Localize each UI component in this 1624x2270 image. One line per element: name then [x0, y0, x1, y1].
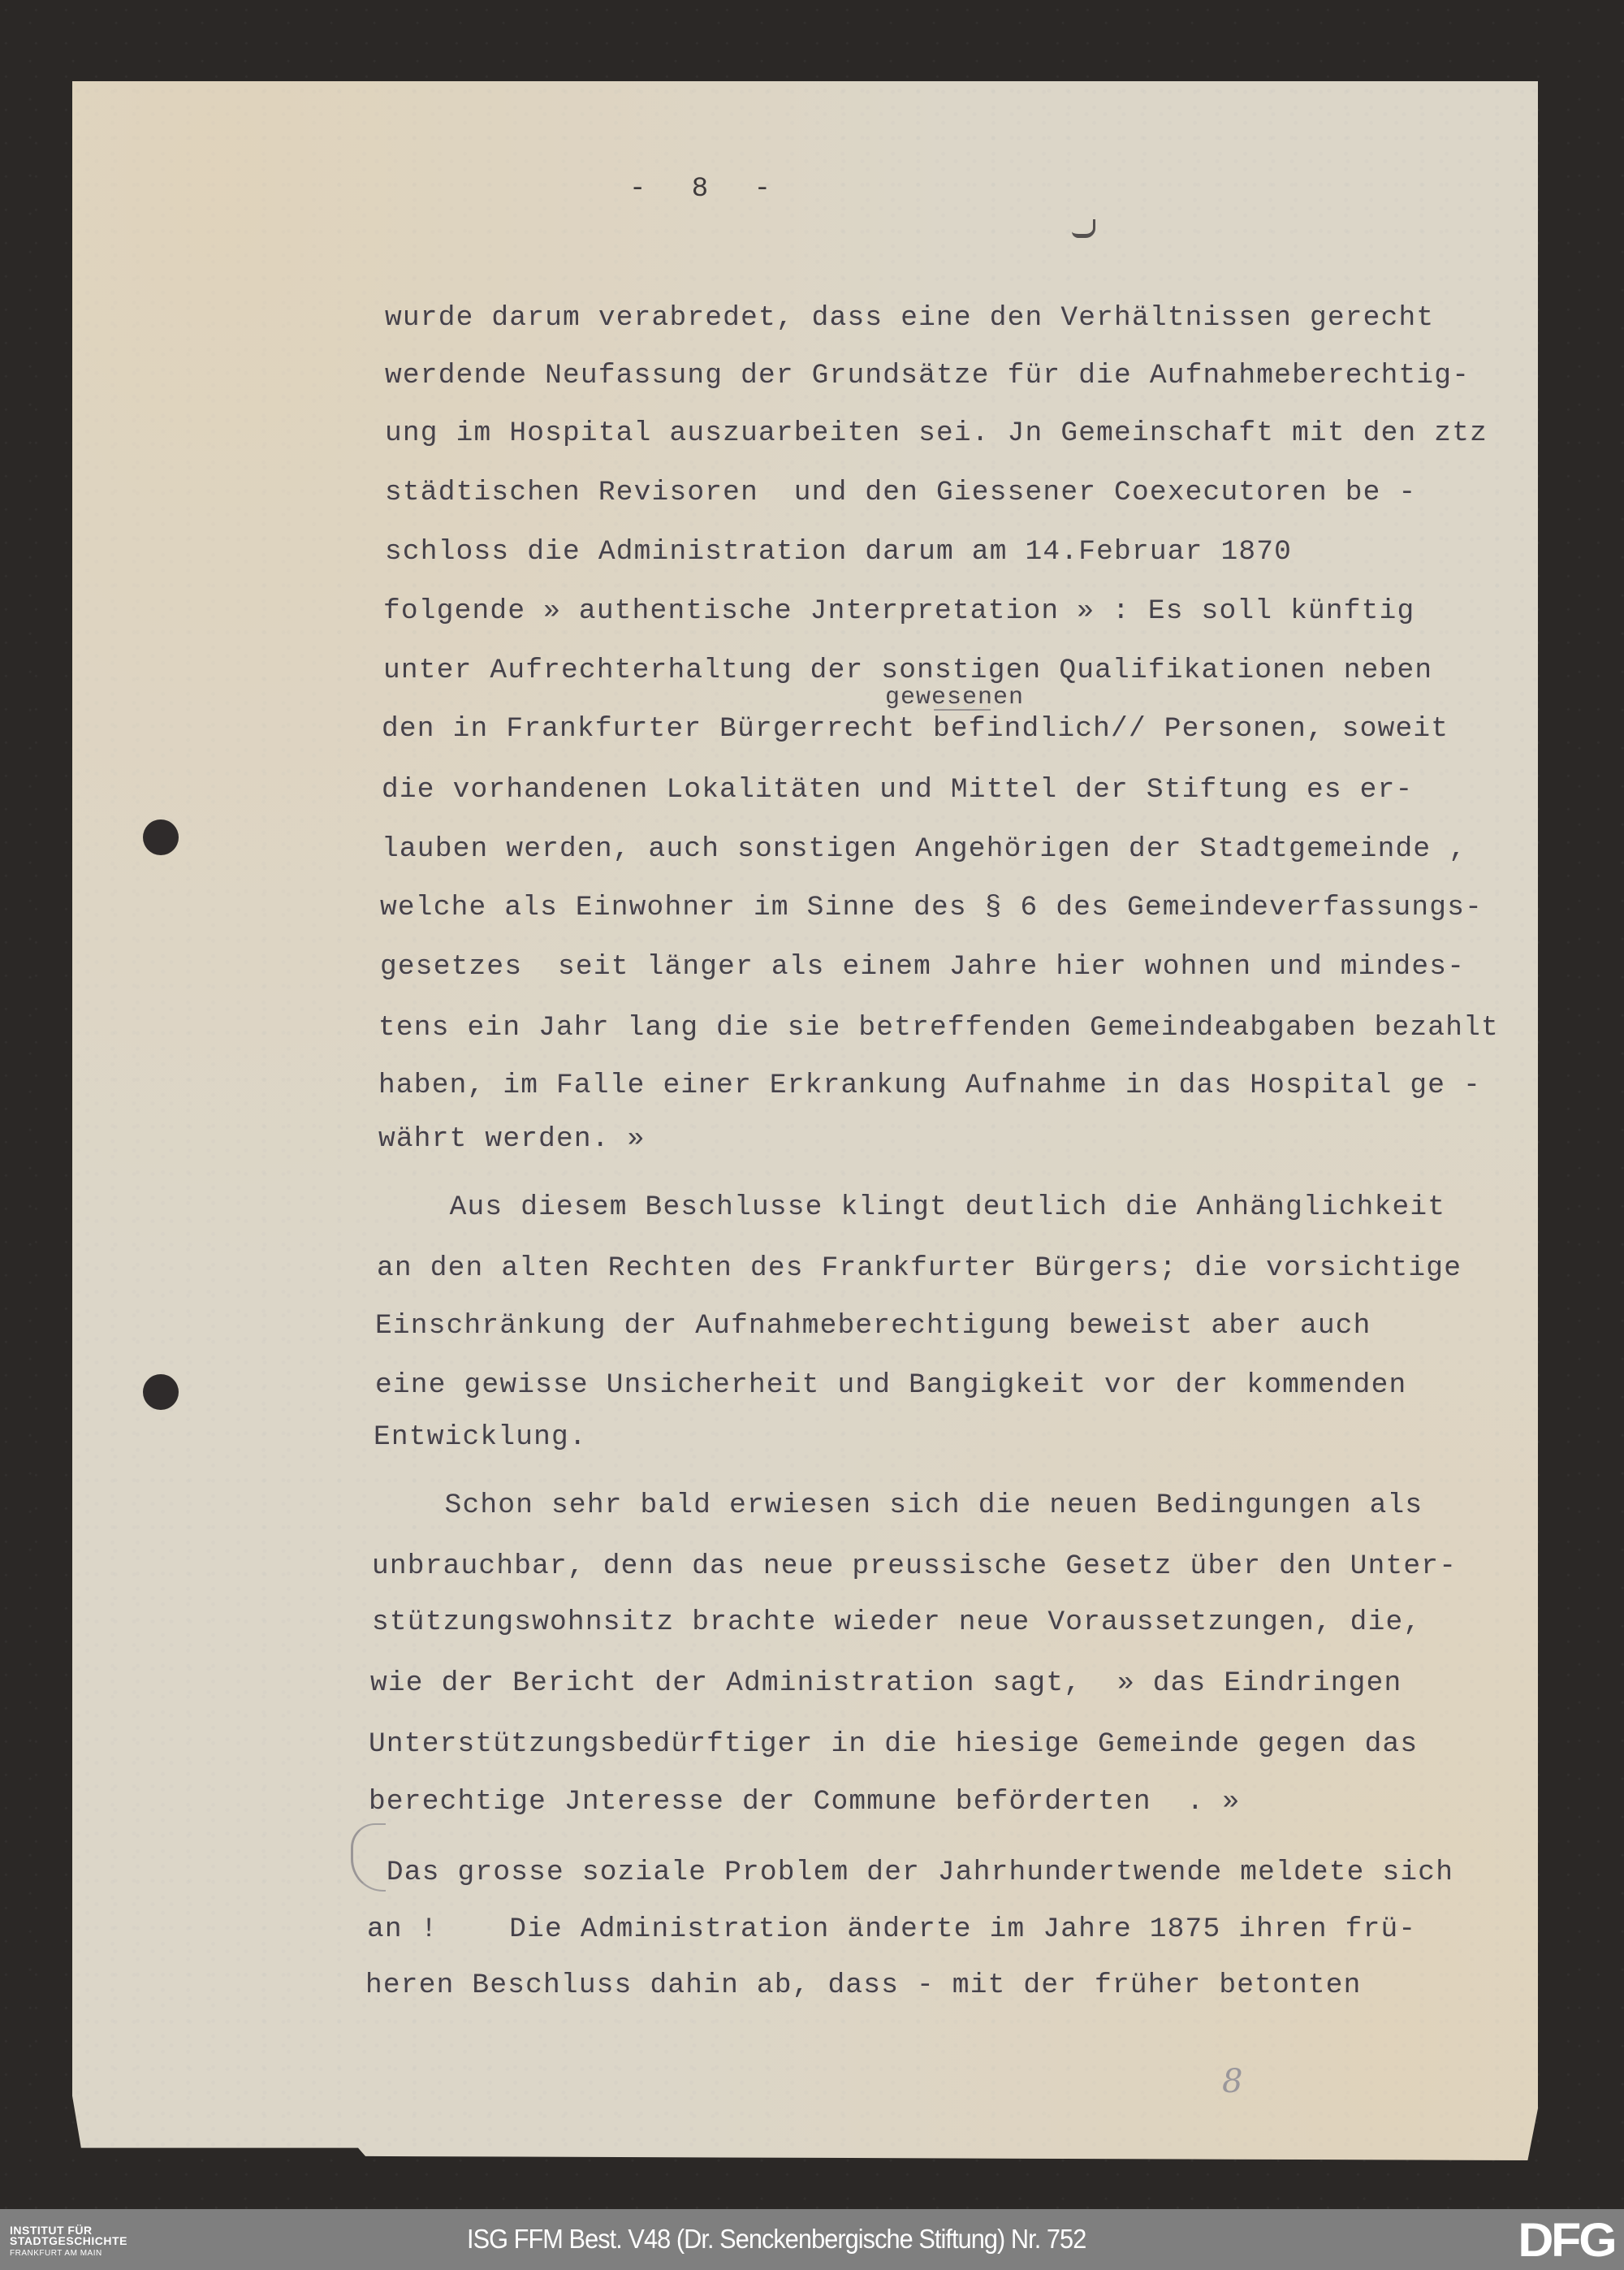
text-line: an den alten Rechten des Frankfurter Bür… — [377, 1252, 1462, 1285]
institute-location: FRANKFURT AM MAIN — [10, 2248, 127, 2259]
text-line: die vorhandenen Lokalitäten und Mittel d… — [382, 774, 1413, 806]
text-line: Aus diesem Beschlusse klingt deutlich di… — [378, 1191, 1445, 1224]
text-line: Das grosse soziale Problem der Jahrhunde… — [369, 1857, 1453, 1889]
text-line: eine gewisse Unsicherheit und Bangigkeit… — [375, 1369, 1406, 1402]
institute-name-line2: STADTGESCHICHTE — [10, 2236, 127, 2246]
text-line: heren Beschluss dahin ab, dass - mit der… — [365, 1969, 1362, 2002]
text-line: gesetzes seit länger als einem Jahre hie… — [380, 951, 1465, 984]
archive-footer-bar: INSTITUT FÜR STADTGESCHICHTE FRANKFURT A… — [0, 2209, 1624, 2270]
text-line: haben, im Falle einer Erkrankung Aufnahm… — [378, 1070, 1481, 1102]
text-line: währt werden. » — [378, 1123, 646, 1156]
text-line: Entwicklung. — [374, 1421, 587, 1454]
ink-mark — [1072, 219, 1095, 238]
text-line: unbrauchbar, denn das neue preussische G… — [372, 1550, 1457, 1583]
insertion-underline — [934, 709, 991, 711]
text-line: unter Aufrechterhaltung der sonstigen Qu… — [383, 655, 1432, 687]
text-line: tens ein Jahr lang die sie betreffenden … — [378, 1012, 1499, 1044]
text-line: an ! Die Administration änderte im Jahre… — [367, 1913, 1416, 1946]
text-line: den in Frankfurter Bürgerrecht befindlic… — [382, 713, 1449, 746]
text-line: Unterstützungsbedürftiger in die hiesige… — [369, 1728, 1418, 1761]
text-line: städtischen Revisoren und den Giessener … — [385, 477, 1416, 509]
text-line: wurde darum verabredet, dass eine den Ve… — [385, 302, 1434, 335]
text-line: welche als Einwohner im Sinne des § 6 de… — [380, 892, 1483, 924]
text-line: Einschränkung der Aufnahmeberechtigung b… — [375, 1310, 1371, 1343]
institute-logo: INSTITUT FÜR STADTGESCHICHTE FRANKFURT A… — [10, 2225, 127, 2259]
interlinear-insertion: gewesenen — [885, 684, 1024, 711]
text-line: lauben werden, auch sonstigen Angehörige… — [382, 833, 1466, 866]
text-line: stützungswohnsitz brachte wieder neue Vo… — [372, 1606, 1421, 1639]
page-number: - 8 - — [629, 174, 785, 205]
archive-reference-title: ISG FFM Best. V48 (Dr. Senckenbergische … — [467, 2224, 1086, 2255]
text-line: schloss die Administration darum am 14.F… — [385, 536, 1292, 569]
text-line: werdende Neufassung der Grundsätze für d… — [385, 360, 1470, 392]
punch-hole-bottom — [143, 1374, 179, 1410]
punch-hole-top — [143, 819, 179, 855]
text-line: Schon sehr bald erwiesen sich die neuen … — [374, 1490, 1423, 1522]
document-page — [72, 81, 1538, 2160]
text-line: berechtige Jnteresse der Commune beförde… — [369, 1786, 1240, 1818]
dfg-logo: DFG — [1518, 2217, 1614, 2264]
text-line: folgende » authentische Jnterpretation »… — [383, 595, 1415, 628]
text-line: ung im Hospital auszuarbeiten sei. Jn Ge… — [385, 417, 1488, 450]
scan-background: - 8 - gewesenen wurde darum verabredet, … — [0, 0, 1624, 2209]
text-line: wie der Bericht der Administration sagt,… — [370, 1667, 1402, 1700]
pencil-page-number: 8 — [1222, 2063, 1242, 2100]
